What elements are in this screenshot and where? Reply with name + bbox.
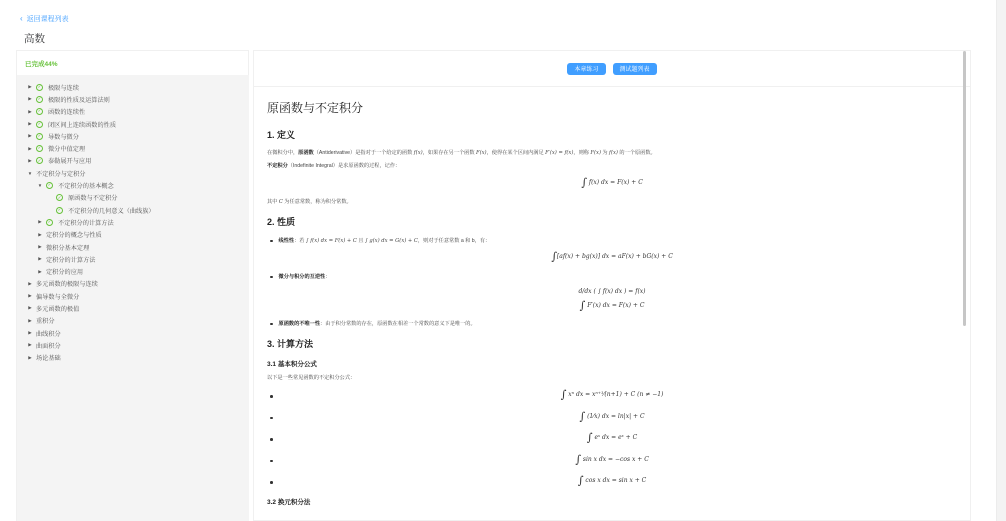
caret-right-icon[interactable]: ▶ [27, 293, 33, 299]
subsection-heading-substitution: 3.2 换元积分法 [267, 497, 957, 506]
tree-node[interactable]: ▶✓极限的性质及运算法则 [17, 93, 249, 105]
math-inline: F(x) [476, 150, 487, 156]
text: ：若 [294, 238, 306, 244]
tree-node[interactable]: ▶✓泰勒展开与应用 [17, 155, 249, 167]
math-inline: ∫ f(x) dx = F(x) + C [306, 238, 357, 244]
text: 为任意常数，称为积分常数。 [283, 199, 352, 205]
term-indefinite-integral: 不定积分 [267, 163, 288, 169]
equation-indefinite-integral: ∫ f(x) dx = F(x) + C [267, 176, 957, 189]
caret-right-icon[interactable]: ▶ [27, 109, 33, 115]
tree-node-label: 极限与连续 [48, 83, 79, 92]
check-circle-icon: ✓ [36, 108, 43, 115]
caret-right-icon[interactable]: ▶ [27, 305, 33, 311]
caret-right-icon[interactable]: ▶ [27, 158, 33, 164]
tree-node-label: 偏导数与全微分 [36, 292, 79, 301]
tree-node-label: 重积分 [36, 316, 55, 325]
caret-right-icon[interactable]: ▶ [37, 269, 43, 275]
tree-node-label: 微分中值定理 [48, 144, 85, 153]
tree-node-label: 泰勒展开与应用 [48, 156, 91, 165]
integral-sign: ∫ [587, 431, 593, 444]
chapter-sidebar: 已完成44% ▶✓极限与连续▶✓极限的性质及运算法则▶✓函数的连续性▶✓闭区间上… [16, 50, 249, 521]
property-non-uniqueness: 原函数的不唯一性：由于积分常数的存在，原函数在相差一个常数的意义下是唯一的。 [267, 320, 957, 327]
caret-right-icon[interactable]: ▶ [27, 84, 33, 90]
text: ，使得在某个区间内满足 [487, 150, 546, 156]
tree-node-label: 原函数与不定积分 [68, 193, 118, 202]
caret-right-icon[interactable]: ▶ [37, 256, 43, 262]
tree-node[interactable]: ▼✓不定积分的基本概念 [17, 179, 249, 191]
tree-node[interactable]: ▶✓极限与连续 [17, 81, 249, 93]
tree-node[interactable]: ▶✓不定积分的几何意义（曲线族） [17, 204, 249, 216]
tree-node-label: 场论基础 [36, 353, 61, 362]
formula-item: ∫ cos x dx = sin x + C [267, 472, 957, 494]
chevron-left-icon: ‹ [20, 15, 23, 23]
check-circle-icon: ✓ [36, 145, 43, 152]
equation-text: f(x) dx = F(x) + C [589, 179, 643, 186]
equation-derivative-of-integral: d/dx ( ∫ f(x) dx ) = f(x) [267, 288, 957, 295]
tree-node[interactable]: ▶定积分的应用 [17, 265, 249, 277]
equation-linearity: ∫[af(x) + bg(x)] dx = aF(x) + bG(x) + C [267, 250, 957, 263]
tree-node[interactable]: ▶偏导数与全微分 [17, 290, 249, 302]
check-circle-icon: ✓ [36, 121, 43, 128]
equation-text: F′(x) dx = F(x) + C [587, 302, 644, 309]
equation-text: [af(x) + bg(x)] dx = aF(x) + bG(x) + C [557, 253, 673, 260]
caret-right-icon[interactable]: ▶ [27, 133, 33, 139]
formulas-intro: 以下是一些常见函数的不定积分公式： [267, 375, 957, 382]
check-circle-icon: ✓ [36, 84, 43, 91]
text: 且 [357, 238, 365, 244]
course-title: 高数 [24, 31, 45, 46]
tree-node-label: 微积分基本定理 [46, 243, 89, 252]
tree-node-label: 多元函数的极限与连续 [36, 279, 98, 288]
tree-node-label: 曲线积分 [36, 329, 61, 338]
content-scrollbar[interactable] [963, 51, 966, 326]
page: ‹ 返回课程列表 高数 已完成44% ▶✓极限与连续▶✓极限的性质及运算法则▶✓… [0, 0, 996, 521]
integral-sign: ∫ [581, 176, 587, 189]
tree-node-label: 不定积分的几何意义（曲线族） [68, 206, 155, 215]
caret-right-icon[interactable]: ▶ [27, 121, 33, 127]
math-inline: f(x) [609, 150, 618, 156]
tree-node-label: 定积分的计算方法 [46, 255, 96, 264]
bullet-dot [270, 276, 273, 279]
tree-node-label: 闭区间上连续函数的性质 [48, 120, 116, 129]
lesson-title: 原函数与不定积分 [267, 99, 957, 116]
tree-node[interactable]: ▶重积分 [17, 315, 249, 327]
math-inline: F′(x) = f(x) [545, 150, 573, 156]
bullet-dot [270, 323, 273, 326]
tree-node-label: 极限的性质及运算法则 [48, 95, 110, 104]
text: ，则称 [573, 150, 590, 156]
caret-right-icon[interactable]: ▶ [27, 355, 33, 361]
formula-item: ∫ xⁿ dx = xⁿ⁺¹⁄(n+1) + C (n ≠ −1) [267, 386, 957, 408]
tree-node[interactable]: ▶微积分基本定理 [17, 241, 249, 253]
caret-right-icon[interactable]: ▶ [27, 146, 33, 152]
formula-text: xⁿ dx = xⁿ⁺¹⁄(n+1) + C (n ≠ −1) [568, 391, 663, 398]
tree-node[interactable]: ▶✓函数的连续性 [17, 106, 249, 118]
caret-right-icon[interactable]: ▶ [27, 96, 33, 102]
math-inline: ∫ g(x) dx = G(x) + C [365, 238, 418, 244]
constant-paragraph: 其中 C 为任意常数，称为积分常数。 [267, 199, 957, 206]
formula-item: ∫ eˣ dx = eˣ + C [267, 429, 957, 451]
chapter-tree: ▶✓极限与连续▶✓极限的性质及运算法则▶✓函数的连续性▶✓闭区间上连续函数的性质… [17, 75, 249, 521]
test-list-button[interactable]: 测试题列表 [613, 63, 657, 75]
property-linearity: 线性性：若 ∫ f(x) dx = F(x) + C 且 ∫ g(x) dx =… [267, 237, 957, 244]
text: 在微积分中， [267, 150, 298, 156]
math-inline: f(x) [414, 150, 423, 156]
back-to-course-list-link[interactable]: ‹ 返回课程列表 [20, 14, 69, 24]
formula-text: cos x dx = sin x + C [585, 477, 646, 484]
tree-node-label: 定积分的应用 [46, 267, 83, 276]
tree-node-label: 导数与微分 [48, 132, 79, 141]
subsection-heading-basic-formulas: 3.1 基本积分公式 [267, 359, 957, 368]
property-name: 原函数的不唯一性 [279, 321, 321, 327]
definition-paragraph: 在微积分中，原函数（Antiderivative）是指对于一个给定的函数 f(x… [267, 150, 957, 157]
tree-node[interactable]: ▶曲线积分 [17, 327, 249, 339]
section-heading-definition: 1. 定义 [267, 128, 957, 141]
text: 为 [601, 150, 609, 156]
check-circle-icon: ✓ [36, 157, 43, 164]
term-antiderivative: 原函数 [298, 150, 314, 156]
lesson-toolbar: 本章练习 测试题列表 [254, 51, 970, 87]
check-circle-icon: ✓ [36, 96, 43, 103]
formula-text: eˣ dx = eˣ + C [594, 434, 637, 441]
indefinite-integral-paragraph: 不定积分（Indefinite Integral）是求原函数的过程，记作： [267, 163, 957, 170]
bullet-dot [270, 240, 273, 243]
integral-sign: ∫ [580, 299, 586, 312]
tree-node-label: 曲面积分 [36, 341, 61, 350]
tree-node[interactable]: ▼不定积分与定积分 [17, 167, 249, 179]
tree-node[interactable]: ▶✓微分中值定理 [17, 142, 249, 154]
text: ，如果存在另一个函数 [423, 150, 476, 156]
caret-right-icon[interactable]: ▶ [27, 318, 33, 324]
tree-node[interactable]: ▶多元函数的极限与连续 [17, 278, 249, 290]
caret-right-icon[interactable]: ▶ [37, 244, 43, 250]
text: （Indefinite Integral）是求原函数的过程，记作： [288, 163, 400, 169]
tree-node[interactable]: ▶场论基础 [17, 352, 249, 364]
tree-node[interactable]: ▶✓闭区间上连续函数的性质 [17, 118, 249, 130]
text: ： [325, 274, 330, 280]
property-name: 微分与积分的互逆性 [279, 274, 326, 280]
caret-down-icon[interactable]: ▼ [27, 171, 33, 176]
integral-sign: ∫ [578, 474, 584, 487]
tree-node-label: 函数的连续性 [48, 107, 85, 116]
chapter-practice-button[interactable]: 本章练习 [567, 63, 605, 75]
tree-node[interactable]: ▶✓不定积分的计算方法 [17, 216, 249, 228]
lesson-article: 原函数与不定积分 1. 定义 在微积分中，原函数（Antiderivative）… [267, 99, 957, 513]
check-circle-icon: ✓ [56, 194, 63, 201]
caret-right-icon[interactable]: ▶ [27, 281, 33, 287]
tree-node-label: 定积分的概念与性质 [46, 230, 102, 239]
text: （Antiderivative）是指对于一个给定的函数 [314, 150, 414, 156]
caret-right-icon[interactable]: ▶ [27, 342, 33, 348]
text: 其中 [267, 199, 279, 205]
integral-sign: ∫ [575, 453, 581, 466]
integral-sign: ∫ [579, 410, 585, 423]
tree-node-label: 不定积分与定积分 [36, 169, 86, 178]
check-circle-icon: ✓ [46, 182, 53, 189]
tree-node-label: 不定积分的基本概念 [58, 181, 114, 190]
formula-item: ∫ (1⁄x) dx = ln|x| + C [267, 408, 957, 430]
equation-integral-of-derivative: ∫ F′(x) dx = F(x) + C [267, 299, 957, 312]
text: 的一个原函数。 [618, 150, 656, 156]
tree-node[interactable]: ▶定积分的概念与性质 [17, 229, 249, 241]
formula-item: ∫ sin x dx = −cos x + C [267, 451, 957, 473]
lesson-content-panel: 本章练习 测试题列表 原函数与不定积分 1. 定义 在微积分中，原函数（Anti… [253, 50, 971, 521]
section-heading-methods: 3. 计算方法 [267, 337, 957, 350]
back-link-label: 返回课程列表 [27, 14, 69, 24]
math-inline: F(x) [590, 150, 601, 156]
page-scrollbar[interactable] [996, 0, 1006, 521]
integral-sign: ∫ [561, 388, 567, 401]
section-heading-properties: 2. 性质 [267, 215, 957, 228]
tree-node[interactable]: ▶✓原函数与不定积分 [17, 192, 249, 204]
text: ，则对于任意常数 a 和 b，有： [418, 238, 490, 244]
caret-right-icon[interactable]: ▶ [27, 330, 33, 336]
property-name: 线性性 [279, 238, 295, 244]
caret-down-icon[interactable]: ▼ [37, 183, 43, 188]
formula-text: sin x dx = −cos x + C [583, 456, 649, 463]
check-circle-icon: ✓ [36, 133, 43, 140]
tree-node[interactable]: ▶定积分的计算方法 [17, 253, 249, 265]
tree-node-label: 不定积分的计算方法 [58, 218, 114, 227]
caret-right-icon[interactable]: ▶ [37, 219, 43, 225]
check-circle-icon: ✓ [46, 219, 53, 226]
formula-text: (1⁄x) dx = ln|x| + C [587, 413, 645, 420]
progress-label: 已完成44% [25, 59, 58, 68]
property-inverse: 微分与积分的互逆性： [267, 273, 957, 280]
check-circle-icon: ✓ [56, 207, 63, 214]
tree-node-label: 多元函数的极值 [36, 304, 79, 313]
tree-node[interactable]: ▶✓导数与微分 [17, 130, 249, 142]
tree-node[interactable]: ▶曲面积分 [17, 339, 249, 351]
tree-node[interactable]: ▶多元函数的极值 [17, 302, 249, 314]
text: ：由于积分常数的存在，原函数在相差一个常数的意义下是唯一的。 [320, 321, 476, 327]
caret-right-icon[interactable]: ▶ [37, 232, 43, 238]
